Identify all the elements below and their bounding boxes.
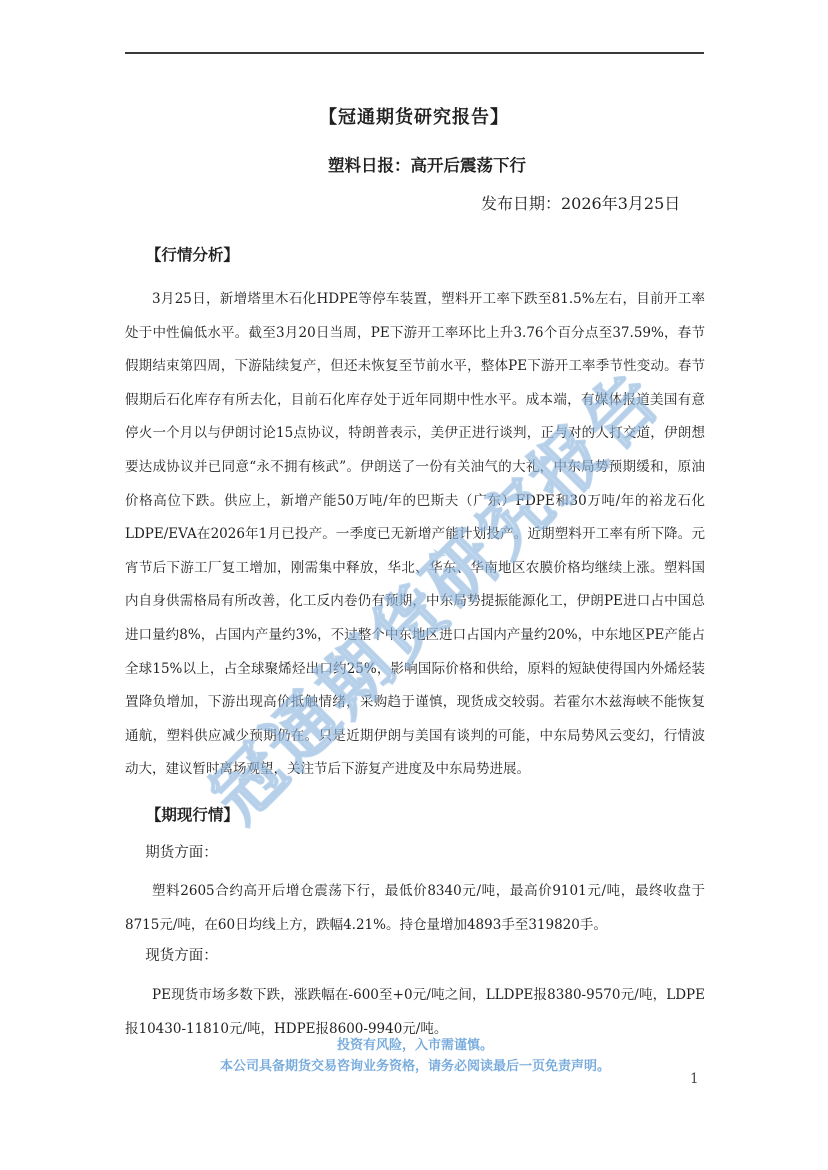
page-number: 1 — [690, 1071, 699, 1087]
footer-disclaimer: 本公司具备期货交易咨询业务资格，请务必阅读最后一页免责声明。 — [125, 1056, 705, 1077]
publish-date: 发布日期：2026年3月25日 — [481, 191, 680, 214]
page-footer: 投资有风险，入市需谨慎。 本公司具备期货交易咨询业务资格，请务必阅读最后一页免责… — [125, 1035, 705, 1077]
report-series-title: 【冠通期货研究报告】 — [0, 103, 828, 129]
section-heading-market: 【期现行情】 — [125, 803, 705, 825]
analysis-paragraph: 3月25日，新增塔里木石化HDPE等停车装置，塑料开工率下跌至81.5%左右，目… — [125, 283, 705, 787]
header-divider — [125, 52, 704, 54]
futures-label: 期货方面： — [125, 841, 705, 862]
section-heading-analysis: 【行情分析】 — [125, 243, 705, 265]
spot-label: 现货方面： — [125, 944, 705, 965]
footer-risk-warning: 投资有风险，入市需谨慎。 — [125, 1035, 705, 1056]
report-title: 塑料日报：高开后震荡下行 — [0, 152, 828, 176]
futures-paragraph: 塑料2605合约高开后增仓震荡下行，最低价8340元/吨，最高价9101元/吨，… — [125, 875, 705, 942]
